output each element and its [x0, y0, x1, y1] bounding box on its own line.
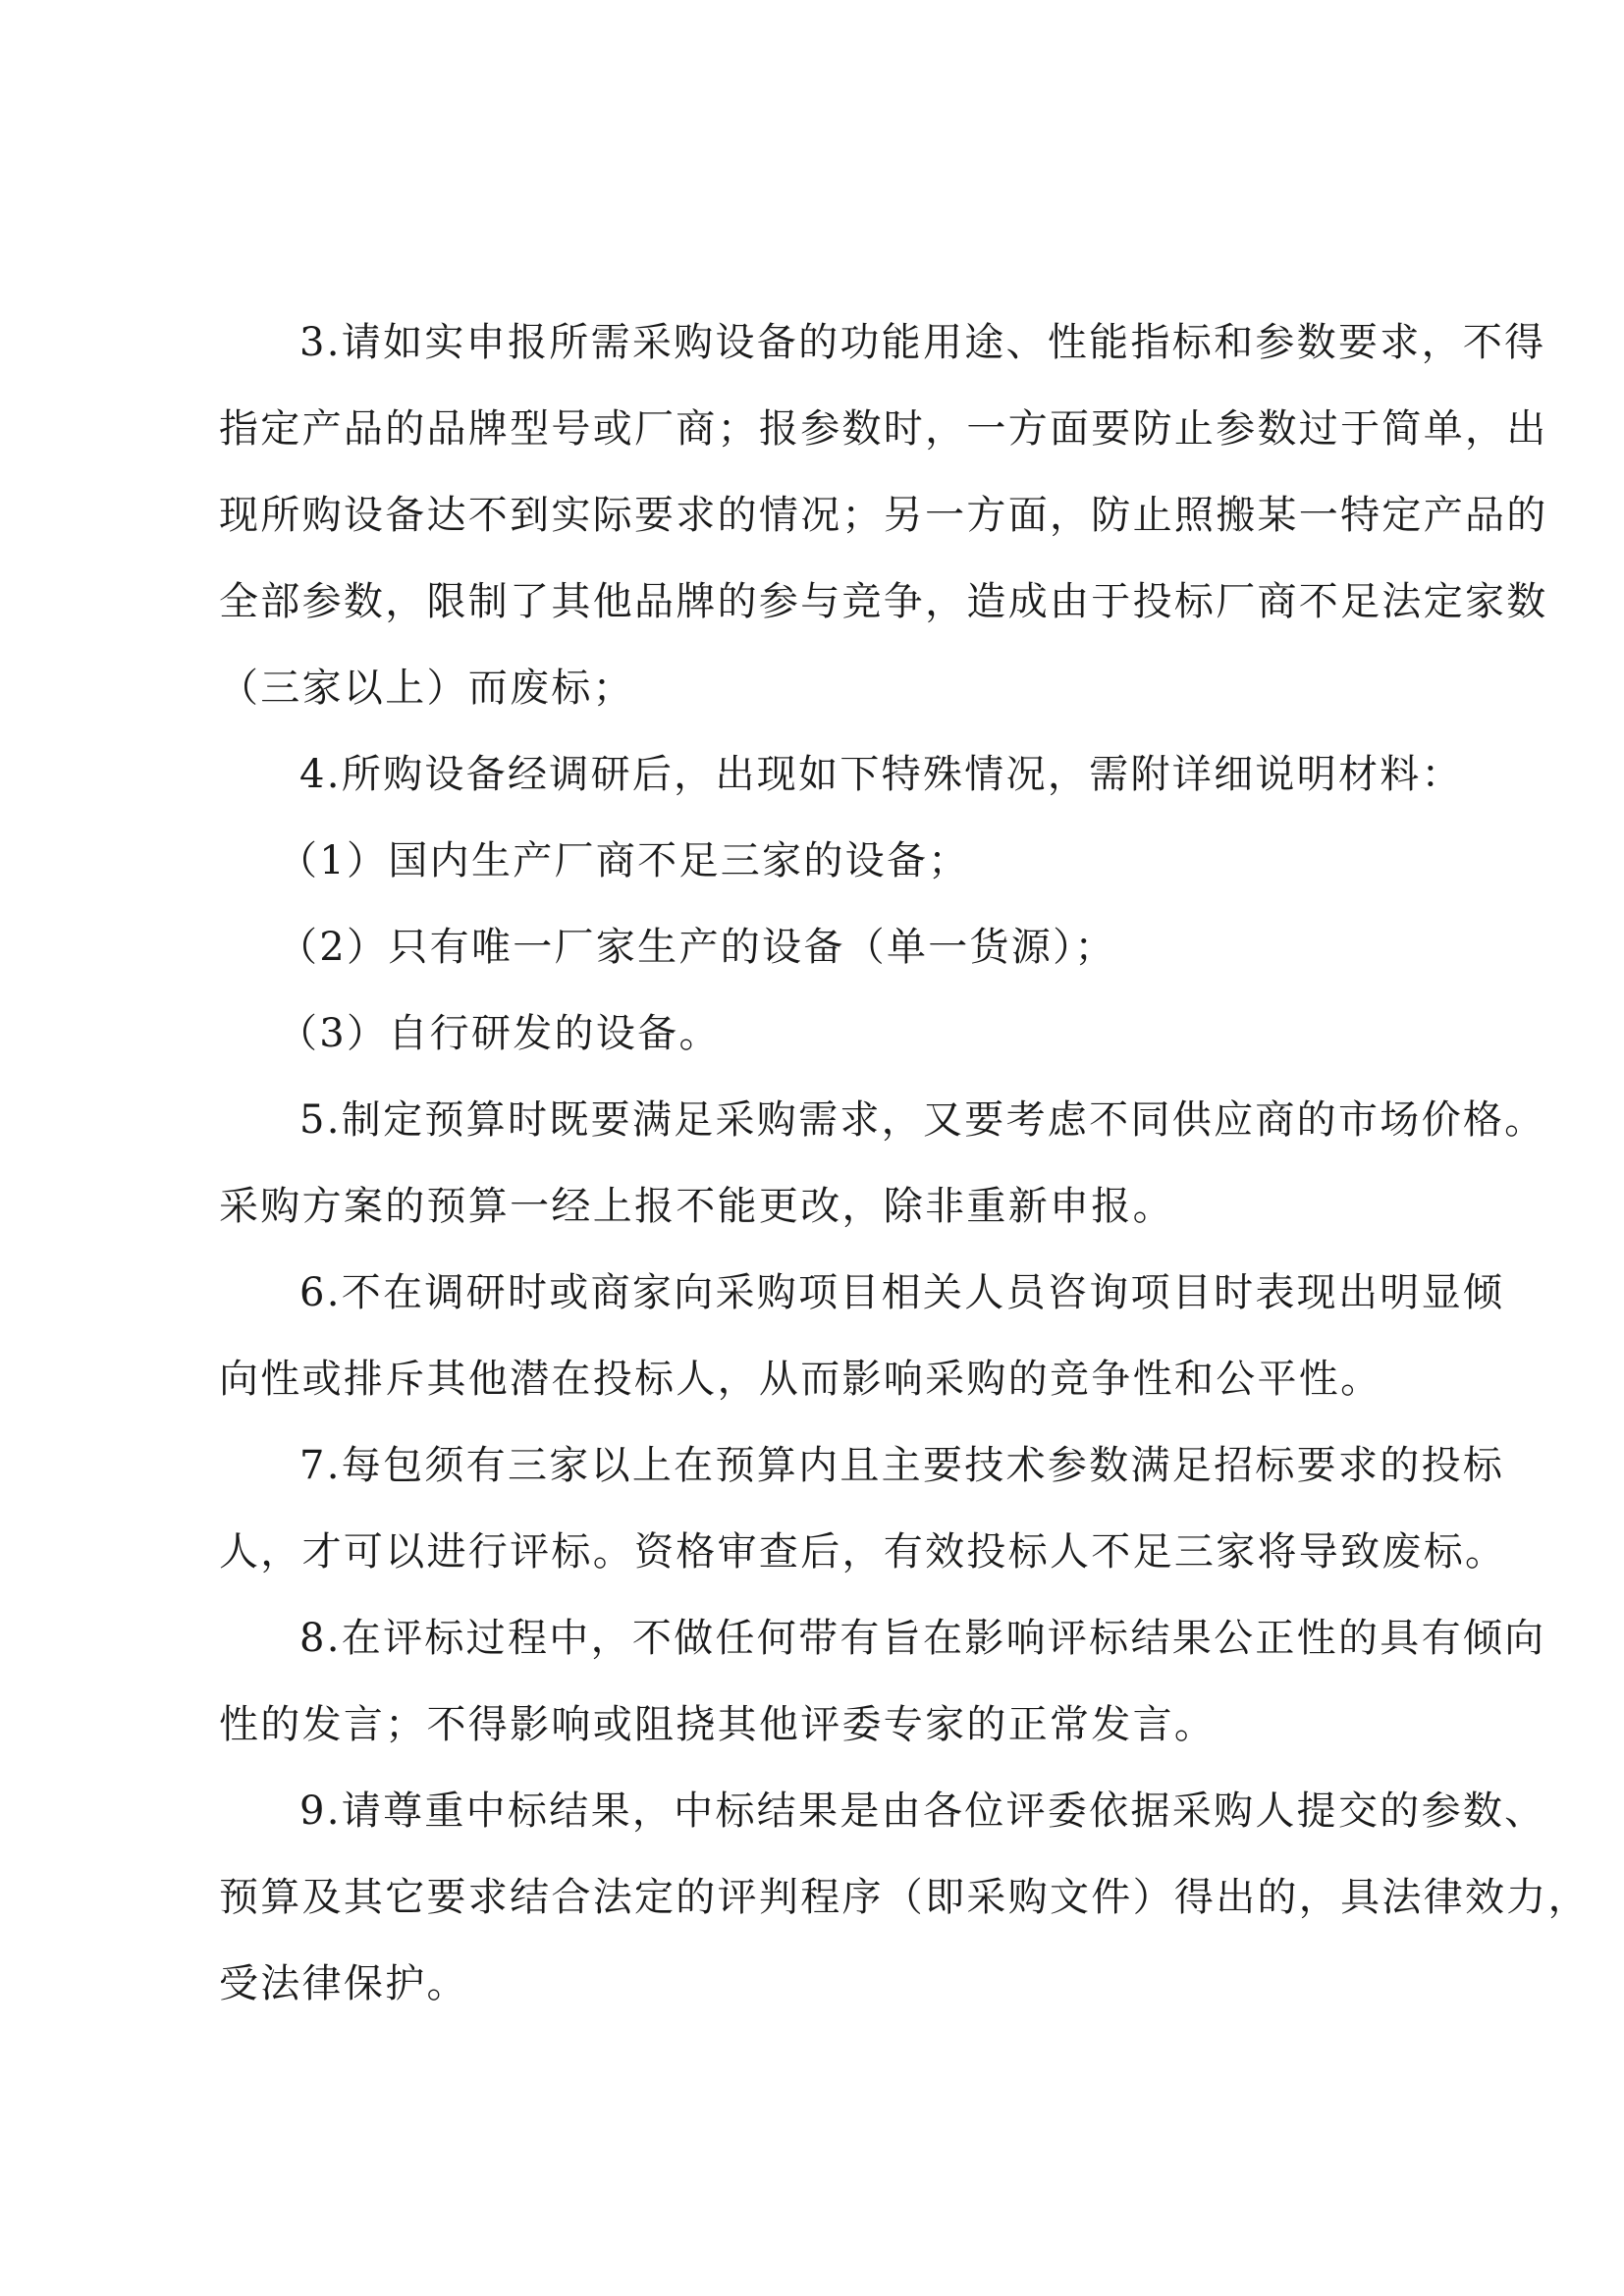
text-line: 7.每包须有三家以上在预算内且主要技术参数满足招标要求的投标	[219, 1422, 1433, 1509]
text-line: 受法律保护。	[219, 1941, 1433, 2027]
paragraph-item-9: 9.请尊重中标结果，中标结果是由各位评委依据采购人提交的参数、 预算及其它要求结…	[219, 1768, 1433, 2027]
text-line: （1）国内生产厂商不足三家的设备；	[219, 818, 1433, 904]
text-line: 全部参数，限制了其他品牌的参与竞争，造成由于投标厂商不足法定家数	[219, 559, 1433, 645]
text-line: 指定产品的品牌型号或厂商；报参数时，一方面要防止参数过于简单，出	[219, 386, 1433, 472]
text-line: 6.不在调研时或商家向采购项目相关人员咨询项目时表现出明显倾	[219, 1250, 1433, 1336]
list-item-4-3: （3）自行研发的设备。	[219, 990, 1433, 1077]
paragraph-item-3: 3.请如实申报所需采购设备的功能用途、性能指标和参数要求，不得 指定产品的品牌型…	[219, 299, 1433, 731]
paragraph-item-7: 7.每包须有三家以上在预算内且主要技术参数满足招标要求的投标 人，才可以进行评标…	[219, 1422, 1433, 1595]
text-line: 预算及其它要求结合法定的评判程序（即采购文件）得出的，具法律效力，	[219, 1854, 1433, 1941]
text-line: 性的发言；不得影响或阻挠其他评委专家的正常发言。	[219, 1682, 1433, 1768]
text-line: 5.制定预算时既要满足采购需求，又要考虑不同供应商的市场价格。	[219, 1077, 1433, 1163]
text-line: （3）自行研发的设备。	[219, 990, 1433, 1077]
text-line: 人，才可以进行评标。资格审查后，有效投标人不足三家将导致废标。	[219, 1509, 1433, 1595]
text-line: 8.在评标过程中，不做任何带有旨在影响评标结果公正性的具有倾向	[219, 1595, 1433, 1682]
text-line: （三家以上）而废标；	[219, 645, 1433, 731]
text-line: 4.所购设备经调研后，出现如下特殊情况，需附详细说明材料：	[219, 731, 1433, 818]
paragraph-item-5: 5.制定预算时既要满足采购需求，又要考虑不同供应商的市场价格。 采购方案的预算一…	[219, 1077, 1433, 1250]
text-line: 采购方案的预算一经上报不能更改，除非重新申报。	[219, 1163, 1433, 1250]
paragraph-item-8: 8.在评标过程中，不做任何带有旨在影响评标结果公正性的具有倾向 性的发言；不得影…	[219, 1595, 1433, 1768]
text-line: （2）只有唯一厂家生产的设备（单一货源）；	[219, 904, 1433, 990]
text-line: 9.请尊重中标结果，中标结果是由各位评委依据采购人提交的参数、	[219, 1768, 1433, 1854]
paragraph-item-6: 6.不在调研时或商家向采购项目相关人员咨询项目时表现出明显倾 向性或排斥其他潜在…	[219, 1250, 1433, 1422]
list-item-4-1: （1）国内生产厂商不足三家的设备；	[219, 818, 1433, 904]
document-page: 3.请如实申报所需采购设备的功能用途、性能指标和参数要求，不得 指定产品的品牌型…	[219, 299, 1433, 2027]
text-line: 现所购设备达不到实际要求的情况；另一方面，防止照搬某一特定产品的	[219, 472, 1433, 559]
paragraph-item-4: 4.所购设备经调研后，出现如下特殊情况，需附详细说明材料：	[219, 731, 1433, 818]
list-item-4-2: （2）只有唯一厂家生产的设备（单一货源）；	[219, 904, 1433, 990]
text-line: 3.请如实申报所需采购设备的功能用途、性能指标和参数要求，不得	[219, 299, 1433, 386]
text-line: 向性或排斥其他潜在投标人，从而影响采购的竞争性和公平性。	[219, 1336, 1433, 1422]
